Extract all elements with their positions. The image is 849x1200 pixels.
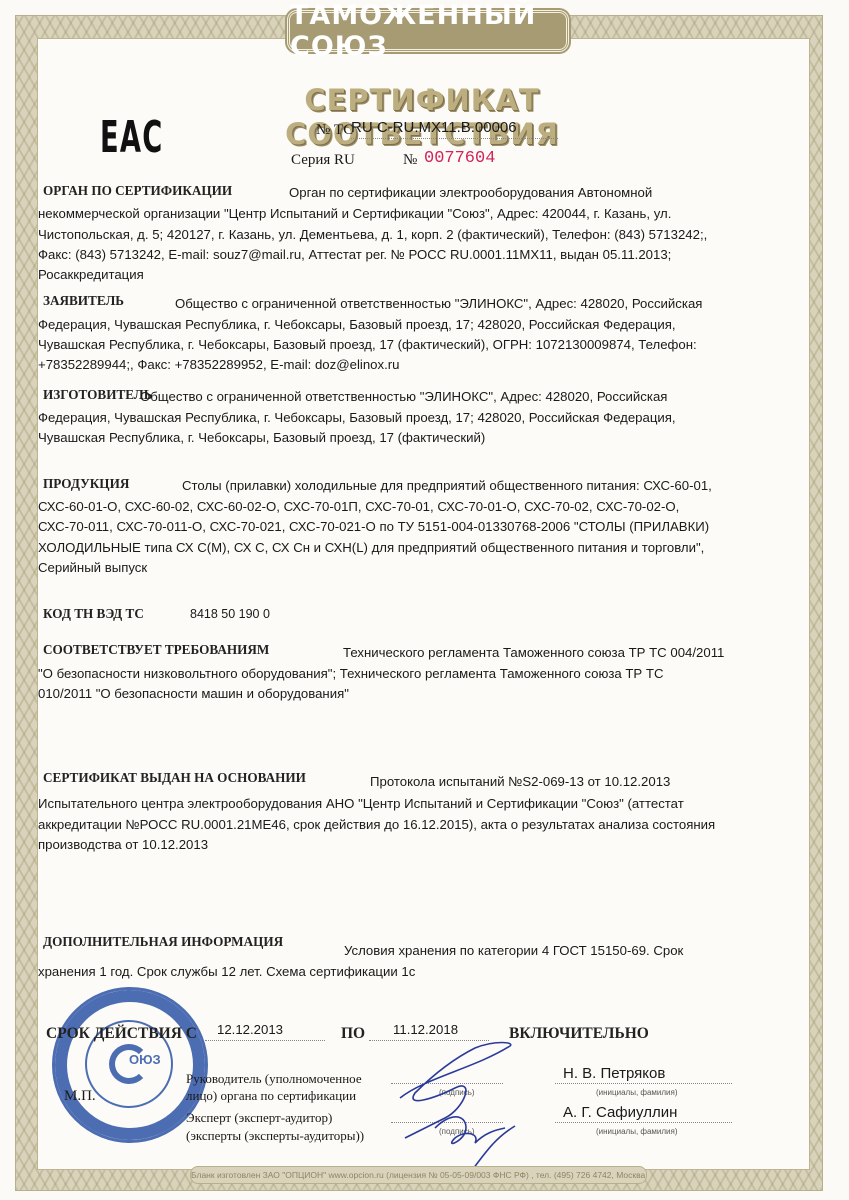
organ-line: Факс: (843) 5713242, E-mail: souz7@mail.… [38, 245, 671, 265]
applicant-line: Общество с ограниченной ответственностью… [175, 294, 702, 314]
product-line: СХС-60-01-О, СХС-60-02, СХС-60-02-О, СХС… [38, 497, 679, 517]
applicant-line: Федерация, Чувашская Республика, г. Чебо… [38, 315, 676, 335]
organ-line: Росаккредитация [38, 265, 144, 285]
name-caption: (инициалы, фамилия) [596, 1083, 678, 1103]
code-label: КОД ТН ВЭД ТС [43, 604, 144, 624]
head-name: Н. В. Петряков [563, 1064, 665, 1084]
code-value: 8418 50 190 0 [190, 604, 270, 624]
head-role-label: лицо) органа по сертификации [186, 1086, 356, 1106]
number-label: № [403, 150, 417, 170]
basis-line: аккредитации №РОСС RU.0001.21МЕ46, срок … [38, 815, 715, 835]
basis-line: Протокола испытаний №S2-069-13 от 10.12.… [370, 772, 670, 792]
expert-name: А. Г. Сафиуллин [563, 1103, 677, 1123]
product-line: Серийный выпуск [38, 558, 147, 578]
requirements-line: 010/2011 "О безопасности машин и оборудо… [38, 684, 349, 704]
handwritten-signature-icon [395, 1038, 525, 1178]
organ-line: Чистопольская, д. 5; 420127, г. Казань, … [38, 225, 707, 245]
organ-label: ОРГАН ПО СЕРТИФИКАЦИИ [43, 181, 232, 201]
validity-inclusive-label: ВКЛЮЧИТЕЛЬНО [509, 1024, 649, 1044]
organ-line: Орган по сертификации электрооборудовани… [289, 183, 652, 203]
requirements-line: Технического регламента Таможенного союз… [343, 643, 724, 663]
validity-from-label: СРОК ДЕЙСТВИЯ С [46, 1024, 197, 1044]
validity-to-date: 11.12.2018 [393, 1022, 458, 1037]
manufacturer-line: Общество с ограниченной ответственностью… [140, 387, 667, 407]
seal-stamp-icon: ОЮЗ [52, 987, 208, 1143]
stamp-logo-text: ОЮЗ [129, 1052, 161, 1067]
tc-label: № ТС [316, 120, 353, 140]
validity-from-field: 12.12.2013 [205, 1020, 325, 1041]
eac-mark-icon: EAC [100, 112, 163, 163]
manufacturer-label: ИЗГОТОВИТЕЛЬ [43, 385, 152, 405]
name-caption: (инициалы, фамилия) [596, 1122, 678, 1142]
certificate-title: СЕРТИФИКАТ СООТВЕТСТВИЯ [232, 83, 612, 151]
serial-number: 0077604 [424, 149, 495, 169]
product-line: ХОЛОДИЛЬНЫЕ типа СХ С(М), СХ С, СХ Сн и … [38, 538, 704, 558]
basis-line: производства от 10.12.2013 [38, 835, 208, 855]
expert-role-label: (эксперты (эксперты-аудиторы)) [186, 1126, 364, 1146]
validity-from-date: 12.12.2013 [217, 1022, 283, 1037]
applicant-line: Чувашская Республика, г. Чебоксары, Базо… [38, 335, 697, 355]
manufacturer-line: Чувашская Республика, г. Чебоксары, Базо… [38, 428, 485, 448]
applicant-label: ЗАЯВИТЕЛЬ [43, 291, 124, 311]
manufacturer-line: Федерация, Чувашская Республика, г. Чебо… [38, 408, 676, 428]
applicant-line: +78352289944;, Факс: +78352289952, E-mai… [38, 355, 399, 375]
tc-number: RU C-RU.МХ11.В.00006 [351, 118, 558, 139]
product-line: Столы (прилавки) холодильные для предпри… [182, 476, 712, 496]
basis-label: СЕРТИФИКАТ ВЫДАН НА ОСНОВАНИИ [43, 768, 306, 788]
tc-number-value: RU C-RU.МХ11.В.00006 [351, 119, 517, 136]
additional-line: хранения 1 год. Срок службы 12 лет. Схем… [38, 962, 415, 982]
header-banner: ТАМОЖЕННЫЙ СОЮЗ [287, 10, 569, 52]
expert-role-label: Эксперт (эксперт-аудитор) [186, 1108, 332, 1128]
product-label: ПРОДУКЦИЯ [43, 474, 129, 494]
organ-line: некоммерческой организации "Центр Испыта… [38, 204, 671, 224]
requirements-line: "О безопасности низковольтного оборудова… [38, 664, 663, 684]
additional-line: Условия хранения по категории 4 ГОСТ 151… [344, 941, 683, 961]
product-line: СХС-70-011, СХС-70-011-О, СХС-70-021, СХ… [38, 517, 709, 537]
additional-label: ДОПОЛНИТЕЛЬНАЯ ИНФОРМАЦИЯ [43, 932, 283, 952]
form-footer: Бланк изготовлен ЗАО "ОПЦИОН" www.opcion… [190, 1166, 647, 1184]
series-label: Серия RU [291, 150, 355, 170]
basis-line: Испытательного центра электрооборудовани… [38, 794, 684, 814]
validity-to-label: ПО [341, 1024, 365, 1044]
requirements-label: СООТВЕТСТВУЕТ ТРЕБОВАНИЯМ [43, 640, 269, 660]
seal-place-label: М.П. [64, 1086, 96, 1106]
